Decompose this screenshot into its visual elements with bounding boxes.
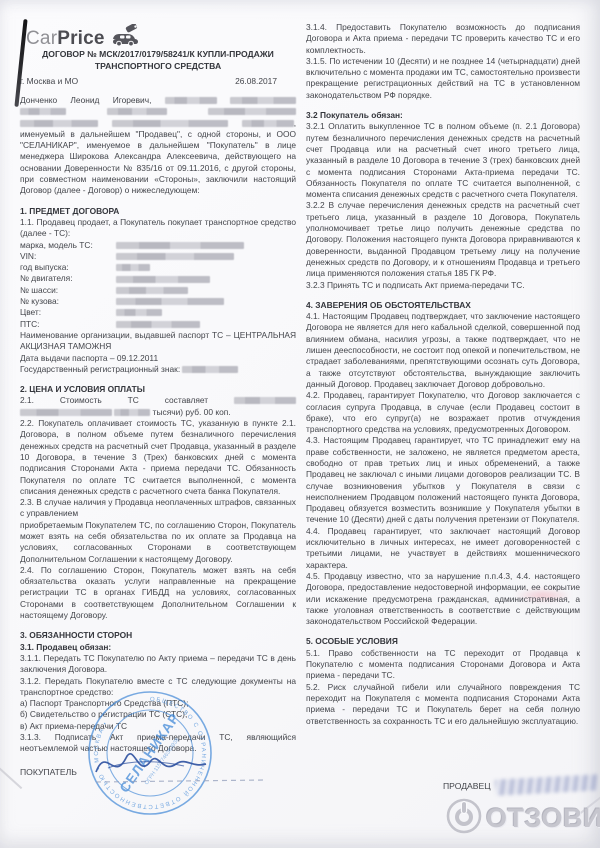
contract-title-line2: ТРАНСПОРТНОГО СРЕДСТВА <box>20 61 296 73</box>
redacted-text <box>116 264 150 271</box>
scanned-contract-page: CarPrice ДОГОВОР № МСК/2017/0179/58241/К… <box>0 0 600 848</box>
sub-heading: 3.2 Покупатель обязан: <box>306 110 580 121</box>
reg-plate-line: Государственный регистрационный знак: <box>20 364 296 375</box>
paragraph: 2.3. В случае наличия у Продавца неоплач… <box>20 497 296 520</box>
redacted-text <box>107 108 167 115</box>
paragraph: 2.4. По соглашению Сторон, Покупатель мо… <box>20 565 296 621</box>
logo-text-car: Car <box>26 28 57 50</box>
paragraph: 4.5. Продавцу известно, что за нарушение… <box>306 571 580 627</box>
paragraph: 3.2.2 В случае перечисления денежных сре… <box>306 200 580 279</box>
paragraph: 3.2.3 Принять ТС и подписать Акт приема-… <box>306 280 580 291</box>
vehicle-field-label: год выпуска: <box>20 262 116 273</box>
buyer-signature <box>88 738 274 797</box>
fold-mark-bottom-left <box>0 765 22 789</box>
vehicle-field-row: № кузова: <box>20 296 296 307</box>
paragraph: Дата выдачи паспорта – 09.12.2011 <box>20 353 296 364</box>
otzovik-watermark-text: ОТЗОВИК <box>486 803 600 834</box>
price-line: 2.1. Стоимость ТС составляет тысячи) руб… <box>20 395 296 418</box>
text-segment: 2.1. Стоимость ТС составляет <box>20 395 234 405</box>
contract-title: ДОГОВОР № МСК/2017/0179/58241/К КУПЛИ-ПР… <box>20 49 296 72</box>
paragraph: приобретаемым Покупателем ТС, по соглаше… <box>20 520 296 565</box>
vehicle-field-label: Цвет: <box>20 307 116 318</box>
text-segment <box>66 106 107 116</box>
contract-title-line1: ДОГОВОР № МСК/2017/0179/58241/К КУПЛИ-ПР… <box>20 49 296 61</box>
paragraph: 4.1. Настоящим Продавец подтверждает, чт… <box>306 311 580 390</box>
section-heading: 2. ЦЕНА И УСЛОВИЯ ОПЛАТЫ <box>20 384 296 395</box>
seller-signature-row: ПРОДАВЕЦ <box>443 777 600 791</box>
text-segment <box>167 106 208 116</box>
left-column: Донченко Леонид Игоревич, , именуемый в … <box>20 95 296 778</box>
redacted-text <box>116 309 162 316</box>
seller-signature-blurred <box>494 774 599 795</box>
redacted-text <box>116 242 244 249</box>
text-segment <box>228 118 242 128</box>
vehicle-field-label: № шасси: <box>20 285 116 296</box>
redacted-text <box>230 97 296 104</box>
redacted-text <box>20 409 112 416</box>
redacted-text <box>114 409 150 416</box>
redacted-text <box>20 120 98 127</box>
contract-city: г. Москва и МО <box>20 76 78 86</box>
paragraph: 4.3. Настоящим Продавец гарантирует, что… <box>306 435 580 525</box>
paragraph: 2.2. Покупатель оплачивает стоимость ТС,… <box>20 418 296 497</box>
paragraph: Наименование организации, выдавшей паспо… <box>20 330 296 353</box>
vehicle-field-label: VIN: <box>20 251 116 262</box>
redacted-text <box>116 276 210 283</box>
seller-label: ПРОДАВЕЦ <box>443 781 491 791</box>
redacted-text <box>116 298 224 305</box>
redacted-text <box>116 321 200 328</box>
text-segment <box>98 118 112 128</box>
vehicle-field-label: марка, модель ТС: <box>20 240 116 251</box>
redacted-text <box>20 108 66 115</box>
logo-text-price: Price <box>57 28 104 50</box>
contract-date: 26.08.2017 <box>235 76 277 86</box>
city-date-row: г. Москва и МО 26.08.2017 <box>20 76 277 86</box>
text-segment: , именуемый в дальнейшем "Продавец", с о… <box>20 118 296 196</box>
vehicle-field-row: ПТС: <box>20 319 296 330</box>
paragraph: 1.1. Продавец продает, а Покупатель поку… <box>20 217 296 240</box>
paragraph: 3.2.1 Оплатить выкупленное ТС в полном о… <box>306 121 580 200</box>
redacted-text <box>242 120 294 127</box>
text-segment: Государственный регистрационный знак: <box>20 364 182 374</box>
otzovik-watermark: ОТЗОВИК <box>446 798 600 839</box>
paragraph: 5.2. Риск случайной гибели или случайног… <box>306 682 580 727</box>
paragraph: 5.1. Право собственности на ТС переходит… <box>306 648 580 682</box>
section-heading: 4. ЗАВЕРЕНИЯ ОБ ОБСТОЯТЕЛЬСТВАХ <box>306 300 580 311</box>
paragraph: 3.1.4. Предоставить Покупателю возможнос… <box>306 22 580 56</box>
paragraph: 4.2. Продавец, гарантирует Покупателю, ч… <box>306 390 580 435</box>
vehicle-field-row: VIN: <box>20 251 296 262</box>
section-heading: 5. ОСОБЫЕ УСЛОВИЯ <box>306 636 580 647</box>
vehicle-field-row: № шасси: <box>20 285 296 296</box>
redacted-text <box>116 253 234 260</box>
redacted-text <box>208 108 296 115</box>
right-column: 3.1.4. Предоставить Покупателю возможнос… <box>306 22 580 727</box>
paragraph: 3.1.5. По истечении 10 (Десяти) и не поз… <box>306 56 580 101</box>
vehicle-field-row: Цвет: <box>20 307 296 318</box>
vehicle-field-label: ПТС: <box>20 319 116 330</box>
redacted-text <box>182 366 238 373</box>
vehicle-field-row: год выпуска: <box>20 262 296 273</box>
buyer-label: ПОКУПАТЕЛЬ <box>20 767 77 778</box>
otzovik-logo-icon <box>446 798 482 839</box>
paragraph: 3.1.1. Передать ТС Покупателю по Акту пр… <box>20 653 296 676</box>
vehicle-field-label: № двигателя: <box>20 273 116 284</box>
sub-heading: 3.1. Продавец обязан: <box>20 642 296 653</box>
section-heading: 3. ОБЯЗАННОСТИ СТОРОН <box>20 630 296 641</box>
text-segment <box>217 95 230 105</box>
redacted-text <box>234 397 296 404</box>
vehicle-field-row: марка, модель ТС: <box>20 240 296 251</box>
vehicle-field-label: № кузова: <box>20 296 116 307</box>
vehicle-field-row: № двигателя: <box>20 273 296 284</box>
redacted-text <box>116 287 188 294</box>
redacted-text <box>165 97 217 104</box>
intro-paragraph: Донченко Леонид Игоревич, , именуемый в … <box>20 95 296 197</box>
section-heading: 1. ПРЕДМЕТ ДОГОВОРА <box>20 206 296 217</box>
paragraph: 4.4. Продавец гарантирует, что заключает… <box>306 526 580 571</box>
redacted-text <box>112 120 228 127</box>
text-segment: тысячи) руб. 00 коп. <box>150 407 230 417</box>
text-segment: Донченко Леонид Игоревич, <box>20 95 165 105</box>
